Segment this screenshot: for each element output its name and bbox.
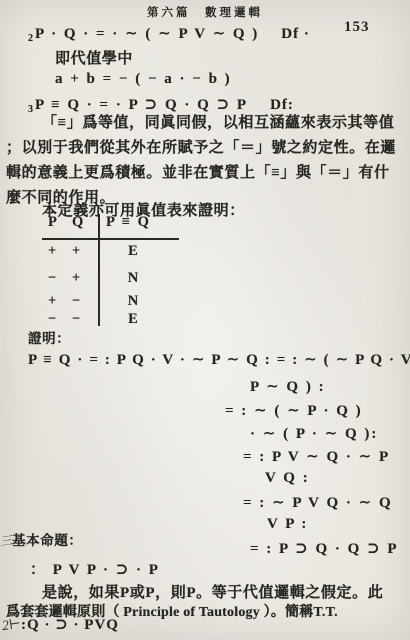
basic-proposition-1: ： P V P · ⊃ · P [30,558,160,579]
proof-line-5: = : P V ∼ Q · ∼ P [243,447,390,466]
paragraph-equivalence-line-3: 輯的意義上更爲積極。並非在實質上「≡」與「＝」有什 [6,161,390,182]
truth-table-cell: + [72,270,80,287]
truth-table-cell: + [72,243,80,260]
truth-table-header-peq: P ≡ Q [106,214,151,231]
truth-table-cell: − [72,311,80,328]
truth-table-header-rule [42,238,179,240]
truth-table-header-q: Q [72,214,83,231]
proof-line-1: P ≡ Q · = : P Q · V · ∼ P ∼ Q : = : ∼ ( … [28,350,410,369]
truth-table-cell: + [48,293,56,310]
proof-line-3: = : ∼ ( ∼ P · Q ) [225,401,363,420]
algebra-formula: a + b = − ( − a · − b ) [55,71,232,88]
proof-line-6: V Q : [265,470,310,487]
tautology-explanation-line-1: 是說，如果P或P，則P。等于代值邏輯之假定。此 [42,581,383,602]
handwritten-annotation: 2⊢:Q · ⊃ · PVQ [2,615,119,634]
page-number: 153 [344,19,370,36]
section-heading-basic-propositions: 三基本命題： [0,529,83,550]
definition-line-2: 2P · Q · = · ∼ ( ∼ P V ∼ Q )Df · [28,24,310,44]
truth-table-cell: − [48,270,56,287]
chapter-header: 第六篇 數理邏輯 [0,4,410,20]
margin-section-number: 三 [0,531,13,550]
definition-3-number: 3 [28,104,33,115]
proof-line-4: · ∼ ( P · ∼ Q ): [250,424,378,443]
definition-2-number: 2 [28,33,33,44]
algebra-note: 即代值學中 [55,47,133,68]
truth-table-cell: N [118,293,148,310]
truth-table-cell: E [118,311,148,328]
proof-label: 證明： [28,327,70,347]
truth-table-column-divider [98,214,100,326]
proof-line-7: = : ∼ P V Q · ∼ Q [243,493,393,512]
handwritten-proposition-number: 2⊢ [1,616,22,635]
handwritten-formula: :Q · ⊃ · PVQ [21,617,119,633]
definition-2-df-label: Df · [281,26,310,42]
proof-line-9: = : P ⊃ Q · Q ⊃ P [250,539,399,558]
truth-table-cell: N [118,270,148,287]
truth-table-cell: E [118,243,148,260]
truth-table: P Q P ≡ Q + + E − + N + − N − − E [42,212,192,332]
paragraph-equivalence-line-2: ；以別于我們從其外在所賦予之「＝」號之約定性。在邏 [6,136,396,157]
proof-line-8: V P : [267,516,308,533]
definition-2-formula: P · Q · = · ∼ ( ∼ P V ∼ Q ) [35,26,259,42]
truth-table-header-p: P [48,214,57,231]
truth-table-cell: − [48,311,56,328]
book-page: 第六篇 數理邏輯 153 2P · Q · = · ∼ ( ∼ P V ∼ Q … [0,0,410,640]
truth-table-cell: + [48,243,56,260]
basic-propositions-heading: 基本命題： [12,533,83,548]
paragraph-equivalence-line-1: 「≡」爲等值，同眞同假，以相互涵蘊來表示其等值 [42,111,394,132]
proof-line-2: P ∼ Q ) : [250,377,326,396]
truth-table-cell: − [72,293,80,310]
